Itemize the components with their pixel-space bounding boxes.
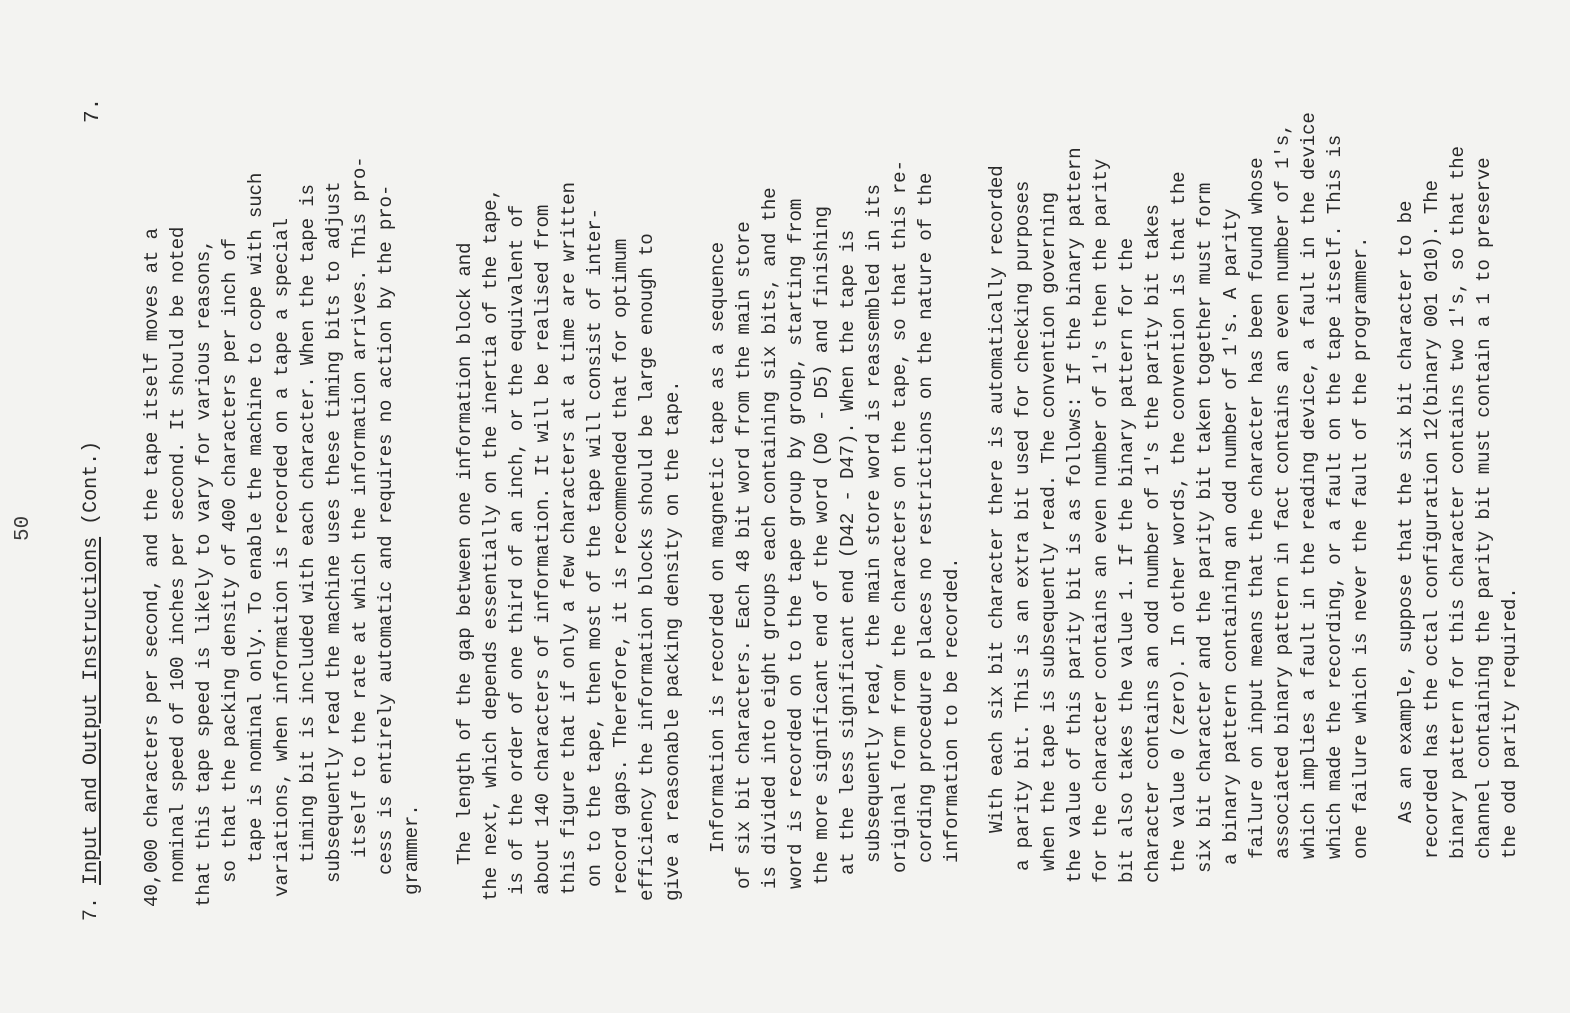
text-line: binary pattern for this character contai… <box>1448 146 1468 859</box>
text-line: the more significant end of the word (D0… <box>812 206 832 885</box>
text-line: cording procedure places no restrictions… <box>916 173 936 863</box>
text-line: so that the packing density of 400 chara… <box>220 238 240 883</box>
text-line: is divided into eight groups each contai… <box>760 188 780 890</box>
section-heading: 7. Input and Output Instructions (Cont.) <box>80 441 103 921</box>
text-line: is of the order of one third of an inch,… <box>507 205 527 895</box>
text-line: the value of this parity bit is as follo… <box>1065 148 1085 883</box>
text-line: cess is entirely automatic and requires … <box>376 185 396 875</box>
text-line: channel containing the parity bit must c… <box>1474 158 1494 860</box>
text-line: efficiency the information blocks should… <box>637 233 657 901</box>
section-marker: 7. <box>82 98 105 123</box>
heading-title: Input and Output Instructions <box>80 537 103 885</box>
text-line: the odd parity required. <box>1500 587 1520 859</box>
text-line: timing bit is included with each charact… <box>298 184 318 863</box>
text-line: Information is recorded on magnetic tape… <box>708 242 728 853</box>
text-line: word is recorded on to the tape group by… <box>786 199 806 889</box>
text-line: that this tape speed is likely to vary f… <box>194 239 214 907</box>
text-line: one failure which is never the fault of … <box>1351 237 1371 859</box>
scanned-page: 50 7. 7. Input and Output Instructions (… <box>0 0 1570 1013</box>
text-line: this figure that if only a few character… <box>559 182 579 895</box>
text-line: six bit character and the parity bit tak… <box>1195 183 1215 873</box>
text-line: record gaps. Therefore, it is recommende… <box>611 239 631 895</box>
text-line: the next, which depends essentially on t… <box>481 188 501 901</box>
text-line: As an example, suppose that the six bit … <box>1396 201 1416 823</box>
rotated-document-body: 50 7. 7. Input and Output Instructions (… <box>0 0 1570 1013</box>
text-line: at the less significant end (D42 - D47).… <box>838 230 858 875</box>
text-line: subsequently read the machine uses these… <box>324 182 344 884</box>
text-line: of six bit characters. Each 48 bit word … <box>734 221 754 889</box>
text-line: information to be recorded. <box>942 558 962 864</box>
text-line: on to the tape, then most of the tape wi… <box>585 208 605 887</box>
text-line: 40,000 characters per second, and the ta… <box>142 228 162 907</box>
text-line: recorded has the octal configuration 12(… <box>1422 180 1442 859</box>
text-line: itself to the rate at which the informat… <box>350 157 370 859</box>
text-line: The length of the gap between one inform… <box>455 243 475 865</box>
text-line: failure on input means that the characte… <box>1247 158 1267 860</box>
text-line: subsequently read, the main store word i… <box>864 184 884 863</box>
text-line: bit also takes the value 1. If the binar… <box>1117 238 1137 883</box>
text-line: grammer. <box>402 804 422 895</box>
text-line: which made the recording, or a fault on … <box>1325 135 1345 859</box>
text-line: the value 0 (zero). In other words, the … <box>1169 172 1189 874</box>
text-line: when the tape is subsequently read. The … <box>1039 192 1059 871</box>
text-line: give a reasonable packing density on the… <box>663 381 683 901</box>
text-line: about 140 characters of information. It … <box>533 205 553 895</box>
heading-suffix: (Cont.) <box>80 441 103 525</box>
text-line: a parity bit. This is an extra bit used … <box>1013 181 1033 871</box>
text-line: character contains an odd number of 1's … <box>1143 204 1163 883</box>
text-line: With each six bit character there is aut… <box>987 165 1007 833</box>
text-line: variations, when information is recorded… <box>272 218 292 897</box>
text-line: original form from the characters on the… <box>890 160 910 873</box>
text-line: nominal speed of 100 inches per second. … <box>168 227 188 883</box>
text-line: which implies a fault in the reading dev… <box>1299 112 1319 859</box>
text-line: a binary pattern containing an odd numbe… <box>1221 209 1241 865</box>
page-number: 50 <box>12 516 35 541</box>
heading-number: 7. <box>80 897 103 921</box>
text-line: associated binary pattern in fact contai… <box>1273 124 1293 859</box>
text-line: for the character contains an even numbe… <box>1091 159 1111 883</box>
text-line: tape is nominal only. To enable the mach… <box>246 173 266 863</box>
